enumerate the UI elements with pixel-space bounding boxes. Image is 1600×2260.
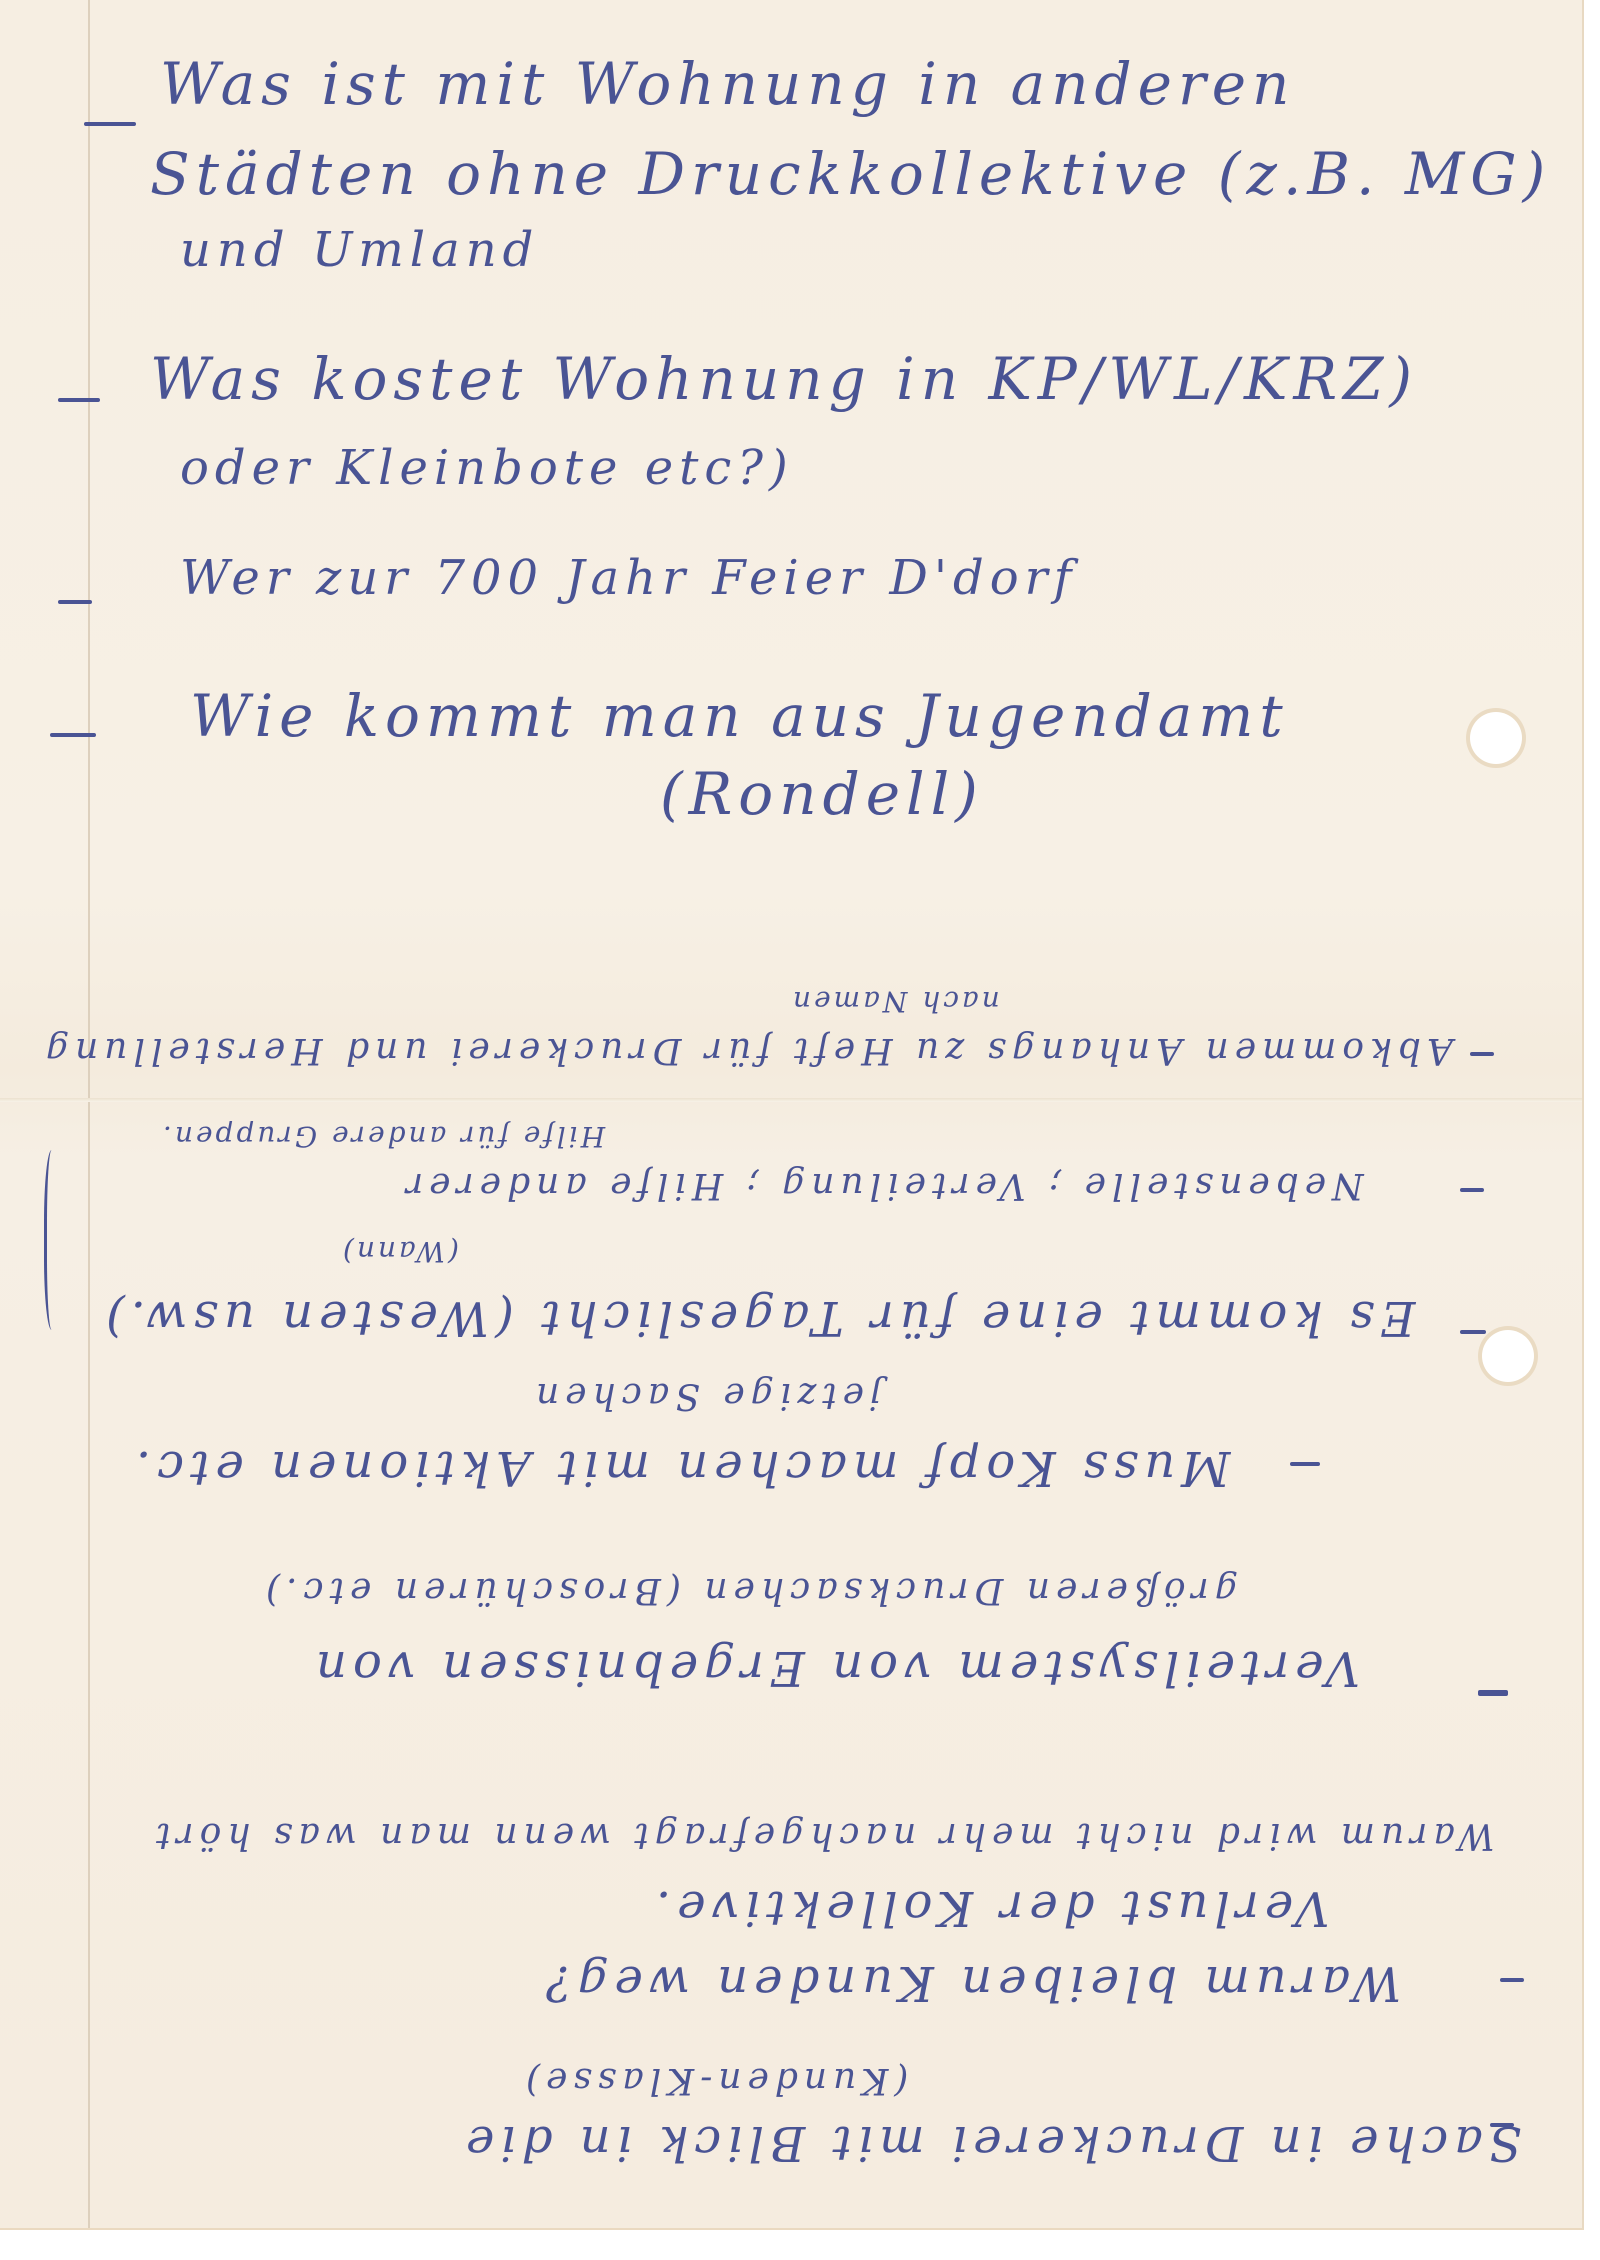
bullet-dash bbox=[84, 122, 136, 126]
note-line: Sache in Druckerei mit Blick in die bbox=[460, 2115, 1522, 2171]
bullet-dash bbox=[1478, 1690, 1508, 1696]
bullet-dash bbox=[1460, 1330, 1486, 1334]
note-line: Hilfe für andere Gruppen. bbox=[160, 1120, 605, 1153]
bullet-dash bbox=[1470, 1052, 1494, 1056]
note-line: Nebenstelle ; Verteilung ; Hilfe anderer bbox=[400, 1165, 1364, 1206]
paper-sheet: Was ist mit Wohnung in anderen Städten o… bbox=[0, 0, 1584, 2230]
side-bracket bbox=[44, 1150, 63, 1330]
note-line: nach Namen bbox=[790, 985, 1000, 1018]
punch-hole-top bbox=[1470, 712, 1522, 764]
note-line: (Kunden-Klasse) bbox=[520, 2060, 908, 2101]
punch-hole-bottom bbox=[1482, 1330, 1534, 1382]
note-line: Städten ohne Druckkollektive (z.B. MG) bbox=[150, 140, 1551, 208]
bullet-dash bbox=[50, 733, 96, 737]
bullet-dash bbox=[1460, 1188, 1484, 1192]
fold-crease bbox=[0, 1098, 1582, 1102]
bullet-dash bbox=[1290, 1462, 1320, 1466]
note-line: Warum wird nicht mehr nachgefragt wenn m… bbox=[150, 1815, 1495, 1856]
note-line: Es kommt eine für Tageslicht (Westen usw… bbox=[100, 1290, 1415, 1346]
note-line: Wer zur 700 Jahr Feier D'dorf bbox=[180, 550, 1077, 606]
margin-line bbox=[88, 0, 90, 2228]
note-line: (Wann) bbox=[340, 1235, 459, 1268]
bullet-dash bbox=[58, 398, 100, 402]
note-line: Muss Kopf machen mit Aktionen etc. bbox=[130, 1440, 1230, 1496]
note-line: Wie kommt man aus Jugendamt bbox=[190, 682, 1289, 750]
note-line: und Umland bbox=[180, 222, 539, 278]
note-line: Verlust der Kollektive. bbox=[650, 1880, 1329, 1936]
note-line: Verteilsystem von Ergebnissen von bbox=[310, 1640, 1360, 1696]
note-line: Was kostet Wohnung in KP/WL/KRZ) bbox=[150, 345, 1418, 413]
bullet-dash bbox=[58, 600, 92, 604]
note-line: Was ist mit Wohnung in anderen bbox=[160, 50, 1295, 118]
bullet-dash bbox=[1500, 1978, 1524, 1982]
note-line: jetzige Sachen bbox=[530, 1375, 881, 1416]
note-line: größeren Drucksachen (Broschüren etc.) bbox=[260, 1570, 1238, 1611]
note-line: Warum bleiben Kunden weg? bbox=[540, 1955, 1401, 2011]
note-line: oder Kleinbote etc?) bbox=[180, 440, 794, 496]
note-line: Abkommen Anhangs zu Heft für Druckerei u… bbox=[40, 1030, 1453, 1071]
note-line: (Rondell) bbox=[660, 760, 984, 828]
